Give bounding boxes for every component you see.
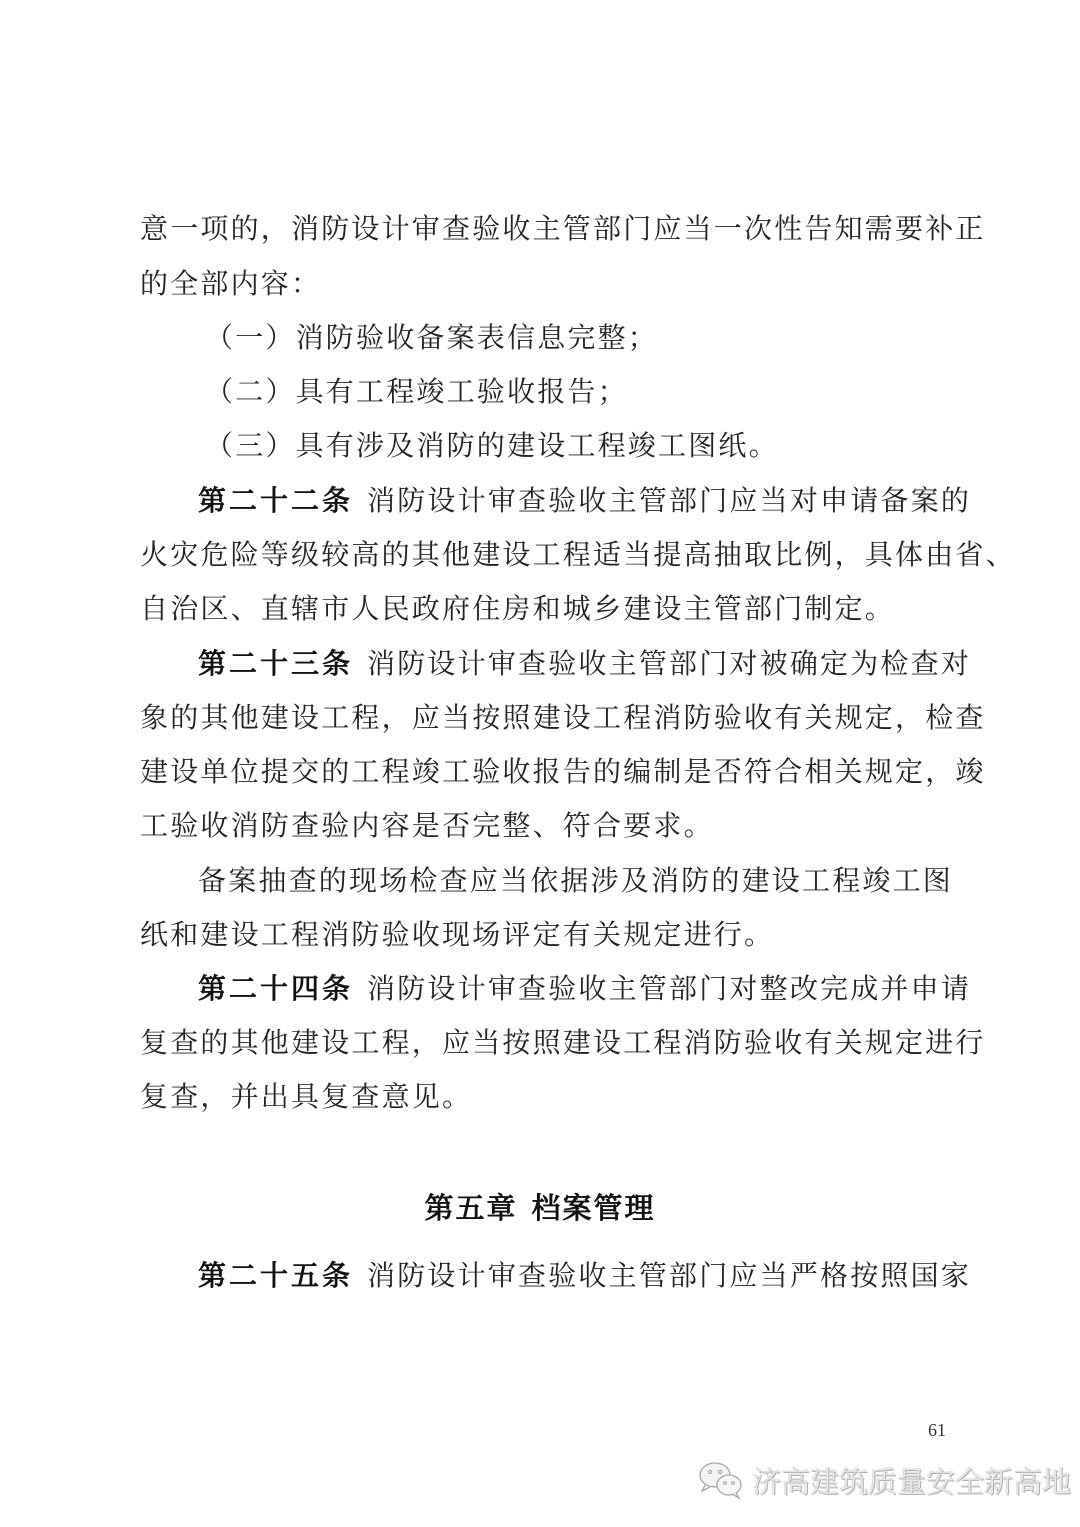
paragraph-line: 的全部内容： — [140, 264, 960, 304]
list-item: （三）具有涉及消防的建设工程竣工图纸。 — [205, 426, 1025, 466]
article-text: 消防设计审查验收主管部门应当对申请备案的 — [367, 484, 971, 517]
list-item: （一）消防验收备案表信息完整； — [205, 318, 1025, 358]
chapter-title: 档案管理 — [532, 1191, 656, 1225]
article-number: 第二十四条 — [198, 972, 353, 1005]
paragraph-line: 意一项的，消防设计审查验收主管部门应当一次性告知需要补正 — [140, 209, 960, 249]
watermark: 济高建筑质量安全新高地 — [696, 1458, 1071, 1502]
paragraph-line: 火灾危险等级较高的其他建设工程适当提高抽取比例，具体由省、 — [140, 535, 960, 575]
paragraph-line: 工验收消防查验内容是否完整、符合要求。 — [140, 806, 960, 846]
paragraph-line: 象的其他建设工程，应当按照建设工程消防验收有关规定，检查 — [140, 698, 960, 738]
article-23-first-line: 第二十三条消防设计审查验收主管部门对被确定为检查对 — [198, 644, 960, 684]
page-number: 61 — [928, 1418, 946, 1442]
chapter-number: 第五章 — [424, 1191, 517, 1225]
wechat-icon — [696, 1460, 746, 1500]
article-number: 第二十五条 — [198, 1259, 353, 1292]
article-text: 消防设计审查验收主管部门对整改完成并申请 — [367, 972, 971, 1005]
paragraph-line: 复查的其他建设工程，应当按照建设工程消防验收有关规定进行 — [140, 1023, 960, 1063]
article-22-first-line: 第二十二条消防设计审查验收主管部门应当对申请备案的 — [198, 481, 960, 521]
paragraph-line: 自治区、直辖市人民政府住房和城乡建设主管部门制定。 — [140, 589, 960, 629]
paragraph-line: 备案抽查的现场检查应当依据涉及消防的建设工程竣工图 — [198, 861, 960, 901]
article-text: 消防设计审查验收主管部门应当严格按照国家 — [367, 1259, 971, 1292]
article-number: 第二十二条 — [198, 484, 353, 517]
paragraph-line: 复查，并出具复查意见。 — [140, 1077, 960, 1117]
article-24-first-line: 第二十四条消防设计审查验收主管部门对整改完成并申请 — [198, 969, 960, 1009]
paragraph-line: 纸和建设工程消防验收现场评定有关规定进行。 — [140, 915, 960, 955]
article-25-first-line: 第二十五条消防设计审查验收主管部门应当严格按照国家 — [198, 1256, 960, 1296]
watermark-text: 济高建筑质量安全新高地 — [752, 1460, 1071, 1501]
list-item: （二）具有工程竣工验收报告； — [205, 372, 1025, 412]
chapter-heading: 第五章档案管理 — [0, 1188, 1080, 1228]
article-text: 消防设计审查验收主管部门对被确定为检查对 — [367, 647, 971, 680]
paragraph-line: 建设单位提交的工程竣工验收报告的编制是否符合相关规定，竣 — [140, 752, 960, 792]
article-number: 第二十三条 — [198, 647, 353, 680]
document-page: 意一项的，消防设计审查验收主管部门应当一次性告知需要补正 的全部内容： （一）消… — [0, 0, 1080, 1527]
